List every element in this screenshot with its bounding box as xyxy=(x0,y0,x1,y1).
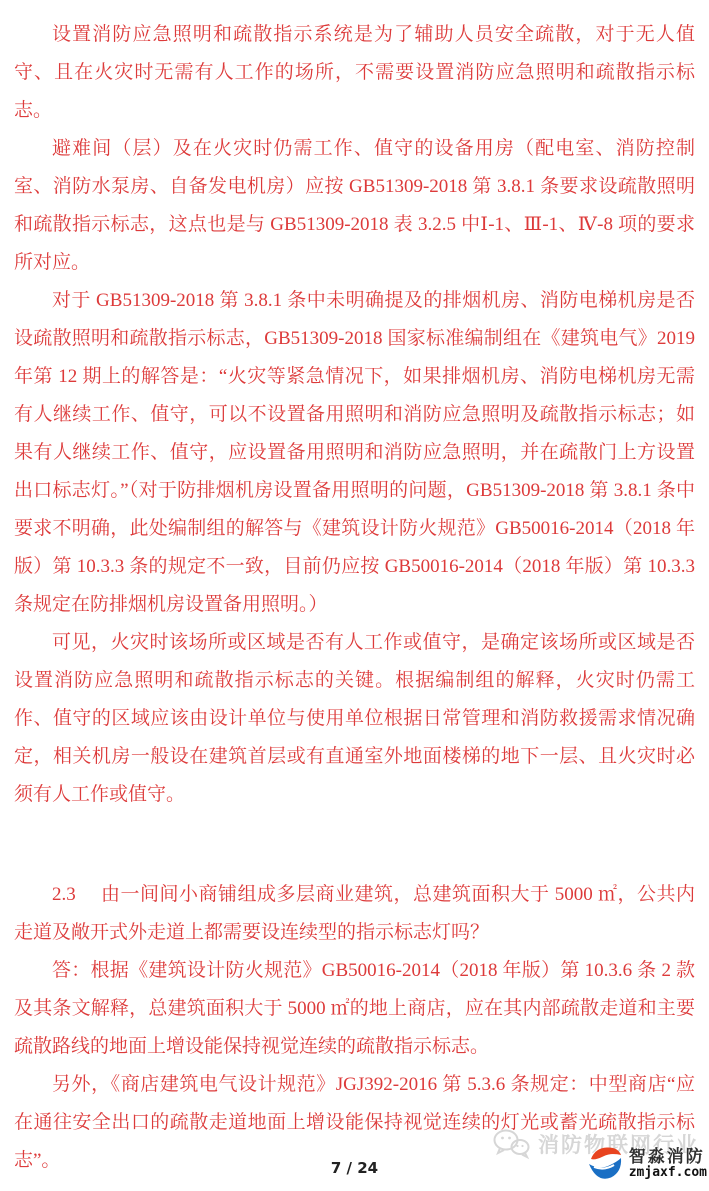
section-question: 2.3 由一间间小商铺组成多层商业建筑，总建筑面积大于 5000 ㎡，公共内走道… xyxy=(14,876,695,952)
document-page: 设置消防应急照明和疏散指示系统是为了辅助人员安全疏散，对于无人值守、且在火灾时无… xyxy=(0,0,709,1180)
paragraph: 避难间（层）及在火灾时仍需工作、值守的设备用房（配电室、消防控制室、消防水泵房、… xyxy=(14,130,695,282)
paragraph: 对于 GB51309-2018 第 3.8.1 条中未明确提及的排烟机房、消防电… xyxy=(14,282,695,624)
brand-swirl-icon xyxy=(584,1143,626,1185)
brand-site: zmjaxf.com xyxy=(629,1166,707,1180)
paragraph: 设置消防应急照明和疏散指示系统是为了辅助人员安全疏散，对于无人值守、且在火灾时无… xyxy=(14,16,695,130)
brand-name: 智淼消防 xyxy=(629,1148,707,1166)
wechat-icon xyxy=(492,1127,532,1161)
brand-logo: 智淼消防 zmjaxf.com xyxy=(584,1143,707,1185)
paragraph: 可见，火灾时该场所或区域是否有人工作或值守，是确定该场所或区域是否设置消防应急照… xyxy=(14,624,695,814)
paragraph: 答：根据《建筑设计防火规范》GB50016-2014（2018 年版）第 10.… xyxy=(14,952,695,1066)
